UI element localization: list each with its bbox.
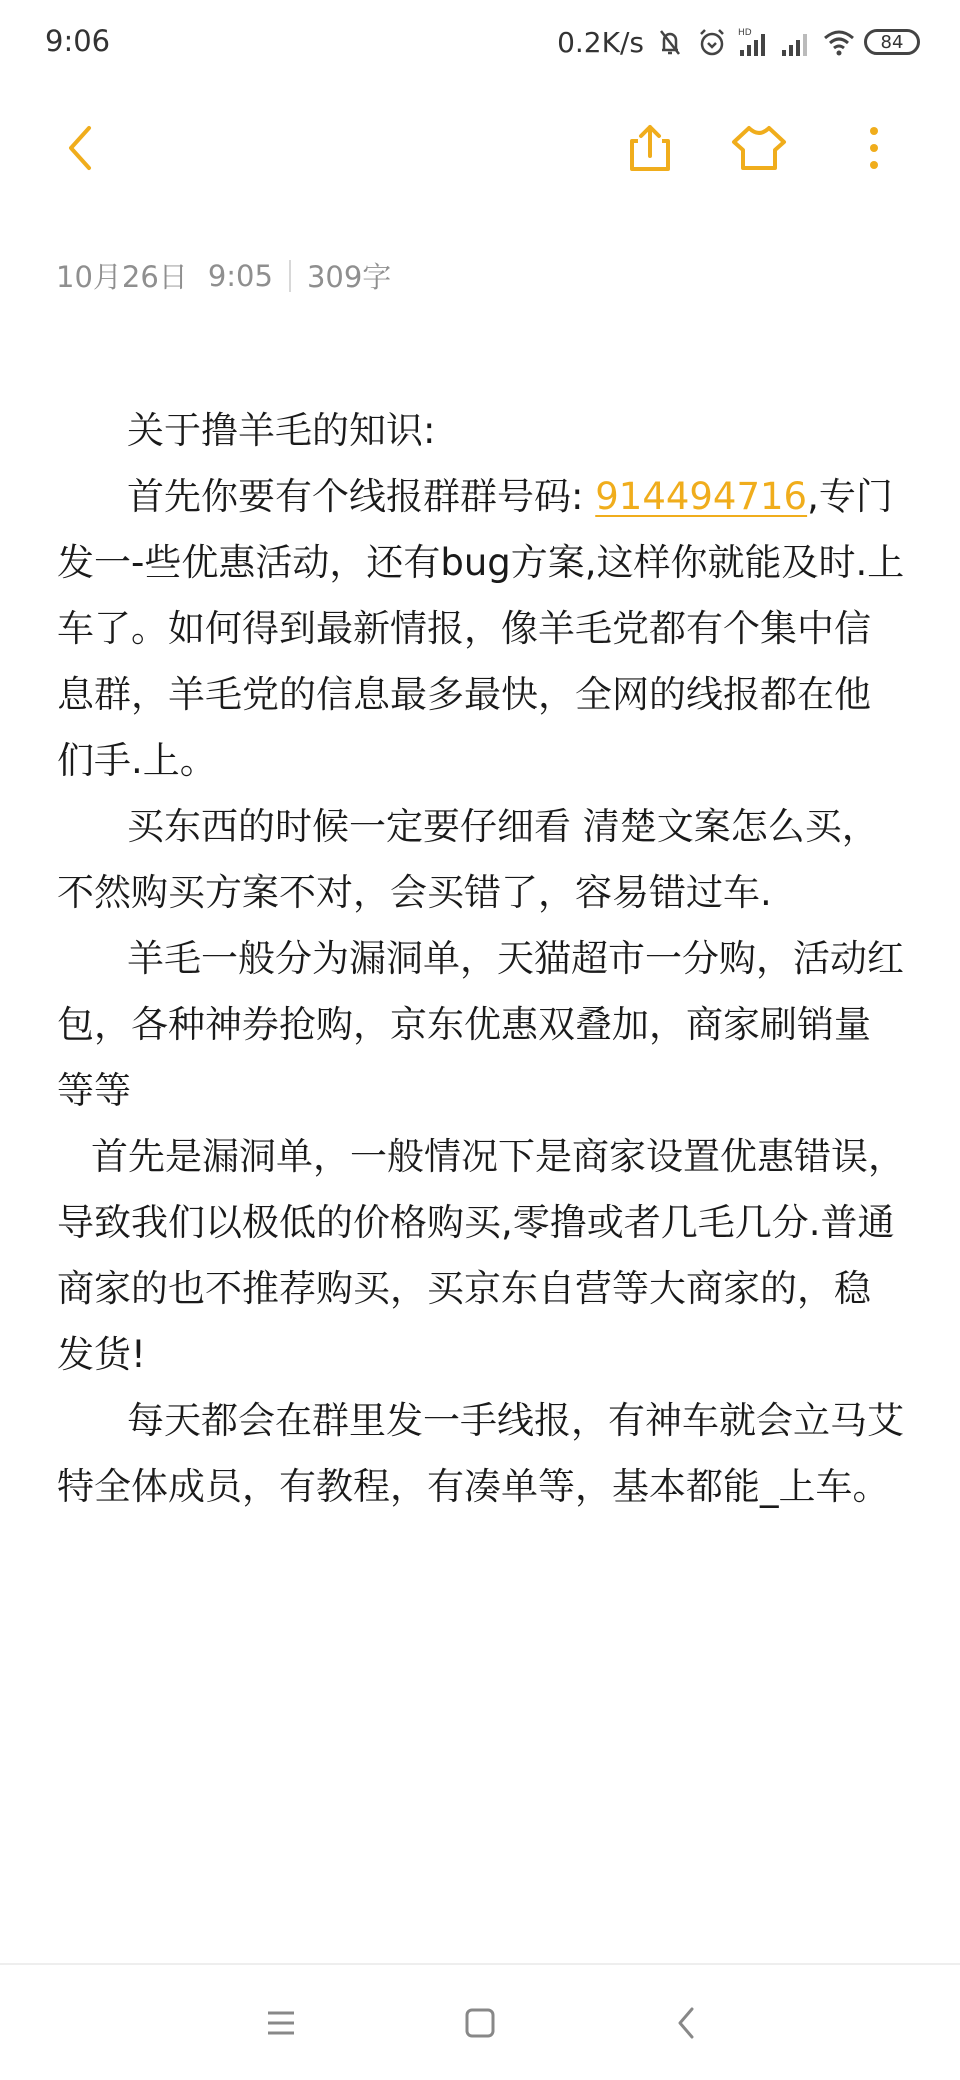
note-paragraph: 首先是漏洞单，一般情况下是商家设置优惠错误，导致我们以极低的价格购买,零撸或者几… (57, 1124, 907, 1388)
alarm-icon (696, 26, 728, 58)
group-number-link[interactable]: 914494716 (595, 475, 807, 518)
note-date: 10月26日 (56, 255, 188, 296)
home-button[interactable] (450, 1995, 510, 2055)
note-meta: 10月26日 9:05 309字 (56, 255, 391, 296)
share-button[interactable] (622, 122, 678, 178)
status-icons: 0.2K/s HD 84 (557, 24, 920, 60)
meta-divider (289, 260, 291, 292)
note-paragraph: 关于撸羊毛的知识: (57, 398, 907, 464)
theme-button[interactable] (731, 122, 787, 178)
status-bar: 9:06 0.2K/s HD 84 (0, 0, 960, 86)
share-icon (626, 123, 674, 177)
word-count: 309字 (307, 255, 391, 296)
paragraph-text: 首先你要有个线报群群号码: (127, 475, 595, 518)
more-options-button[interactable] (846, 122, 902, 178)
system-back-button[interactable] (656, 1995, 716, 2055)
note-paragraph: 首先你要有个线报群群号码: 914494716,专门发一-些优惠活动，还有bug… (57, 464, 907, 794)
status-time: 9:06 (45, 24, 110, 58)
system-nav-bar (0, 1965, 960, 2080)
note-paragraph: 买东西的时候一定要仔细看 清楚文案怎么买，不然购买方案不对，会买错了，容易错过车… (57, 794, 907, 926)
battery-indicator: 84 (864, 29, 920, 55)
network-speed: 0.2K/s (557, 26, 644, 59)
recents-icon (267, 2009, 295, 2041)
paragraph-text: ,专门发一-些优惠活动，还有bug方案,这样你就能及时.上车了。如何得到最新情报… (57, 475, 904, 782)
note-paragraph: 每天都会在群里发一手线报，有神车就会立马艾特全体成员，有教程，有凑单等，基本都能… (57, 1388, 907, 1520)
back-icon (676, 2007, 696, 2043)
mute-icon (654, 26, 686, 58)
note-time: 9:05 (208, 259, 273, 293)
chevron-left-icon (65, 124, 95, 176)
recents-button[interactable] (251, 1995, 311, 2055)
hd-signal-icon: HD (738, 26, 770, 58)
signal-icon (780, 26, 812, 58)
note-toolbar (0, 100, 960, 200)
note-content[interactable]: 关于撸羊毛的知识: 首先你要有个线报群群号码: 914494716,专门发一-些… (57, 398, 907, 1520)
note-paragraph: 羊毛一般分为漏洞单，天猫超市一分购，活动红包，各种神券抢购，京东优惠双叠加，商家… (57, 926, 907, 1124)
back-button[interactable] (52, 122, 108, 178)
home-icon (465, 2008, 495, 2042)
tshirt-icon (730, 124, 788, 176)
more-vertical-icon (868, 125, 880, 175)
svg-text:HD: HD (738, 28, 752, 38)
wifi-icon (822, 26, 854, 58)
